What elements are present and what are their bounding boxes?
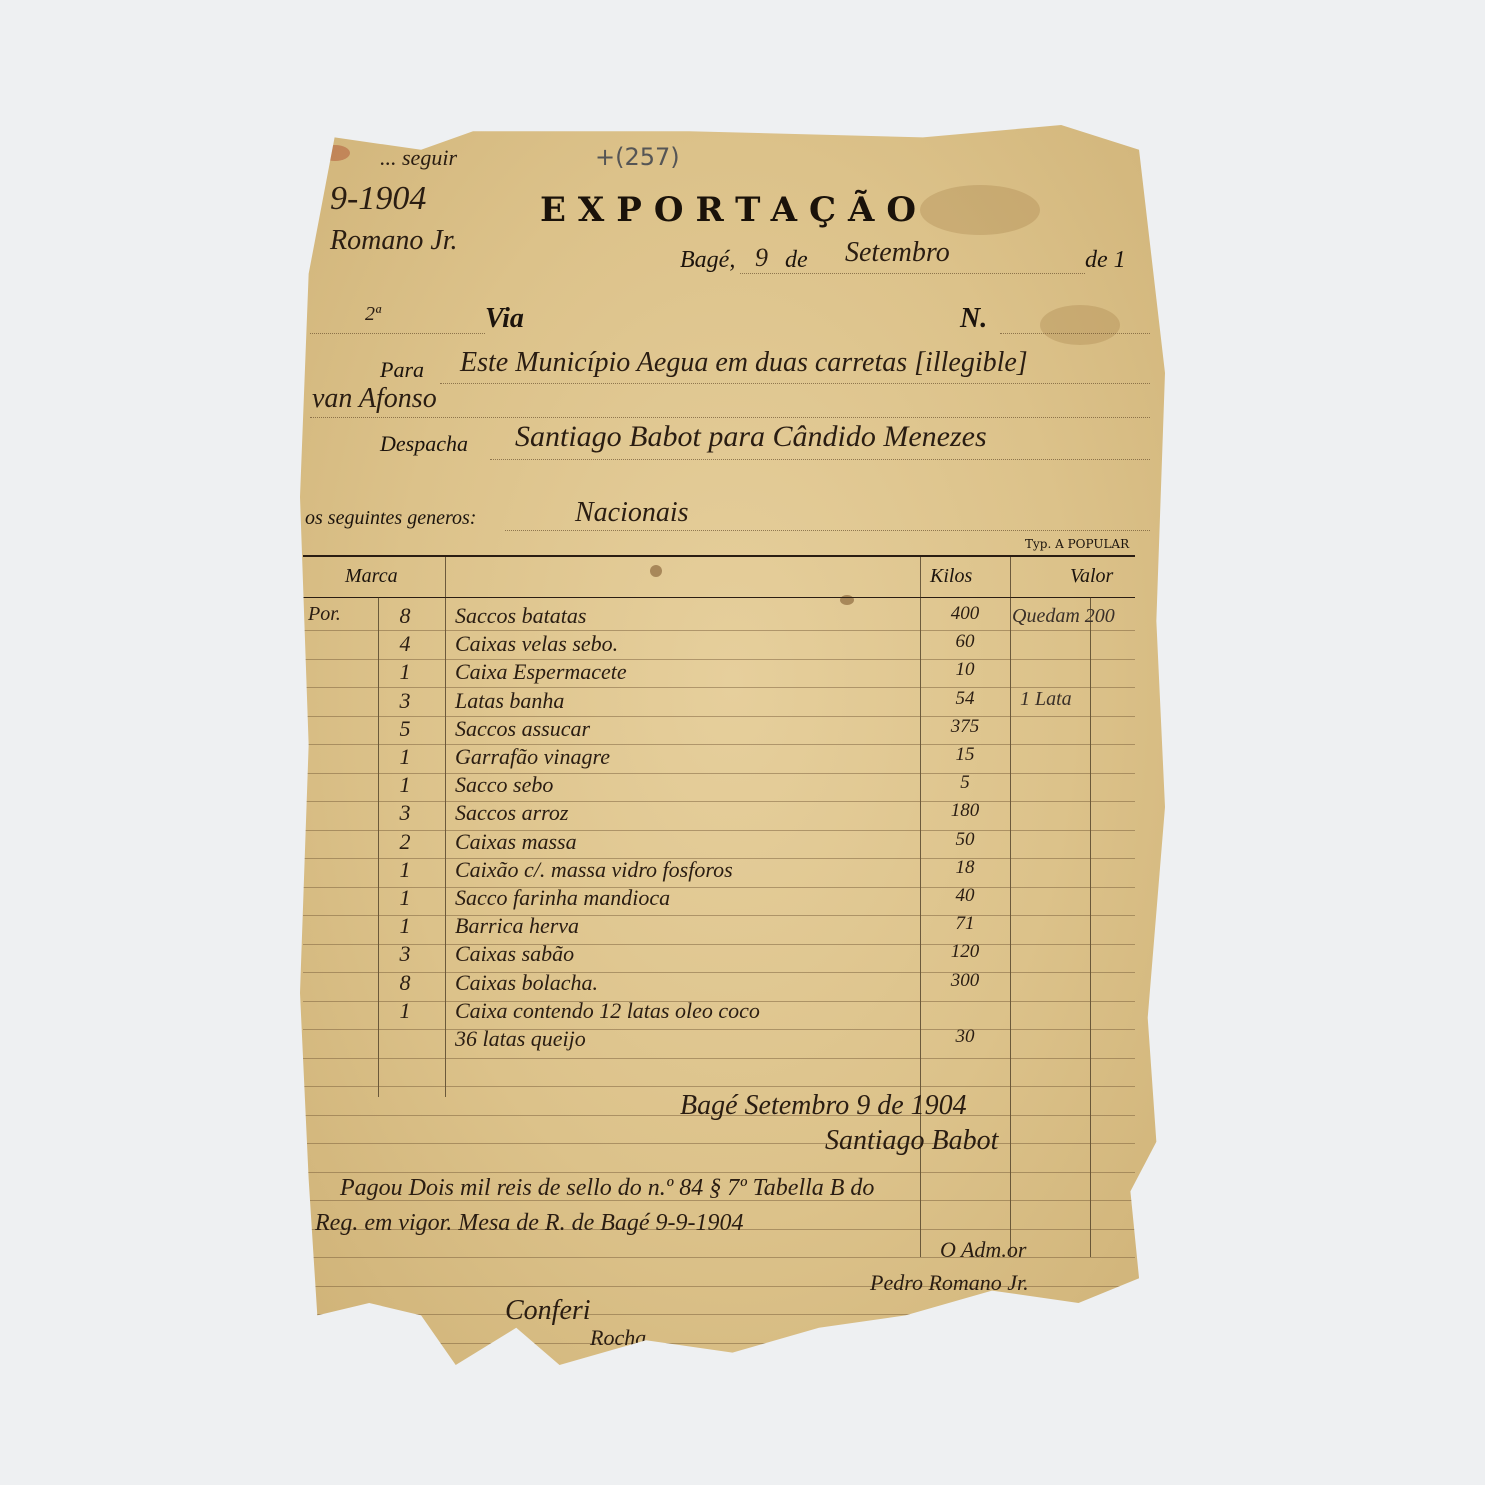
item-quantity: 1	[390, 659, 420, 685]
date-month: Setembro	[845, 237, 950, 269]
generos-line	[505, 530, 1150, 531]
generos-label: os seguintes generos:	[305, 507, 476, 530]
item-quantity: 2	[390, 829, 420, 855]
valor-note-1: Quedam 200	[1012, 605, 1115, 628]
signature-date: Bagé Setembro 9 de 1904	[680, 1090, 967, 1122]
stain	[1040, 305, 1120, 345]
table-row: 1Garrafão vinagre15	[300, 744, 1165, 772]
table-row: 36 latas queijo30	[300, 1026, 1165, 1054]
ruled-line	[303, 1058, 1135, 1059]
stain	[920, 185, 1040, 235]
item-description: Sacco sebo	[455, 772, 553, 798]
item-quantity: 1	[390, 744, 420, 770]
ruled-line	[303, 1172, 1135, 1173]
item-description: Saccos batatas	[455, 603, 586, 629]
item-description: 36 latas queijo	[455, 1026, 586, 1052]
valor-note-2: 1 Lata	[1020, 688, 1072, 711]
margin-note-line1: ... seguir	[380, 145, 457, 171]
header-marca: Marca	[345, 565, 398, 588]
date-day: 9	[755, 243, 768, 273]
document-title: EXPORTAÇÃO	[540, 190, 928, 230]
admin-name: Pedro Romano Jr.	[870, 1270, 1029, 1296]
table-row: 1Sacco sebo5	[300, 772, 1165, 800]
item-kilos: 60	[920, 631, 1010, 653]
payment-note-line2: Reg. em vigor. Mesa de R. de Bagé 9-9-19…	[315, 1210, 744, 1237]
via-number: 2ª	[365, 303, 381, 326]
item-kilos: 15	[920, 744, 1010, 766]
item-description: Caixão c/. massa vidro fosforos	[455, 857, 733, 883]
ruled-line	[303, 1371, 1135, 1372]
item-description: Caixas sabão	[455, 941, 574, 967]
table-row: 2Caixas massa50	[300, 829, 1165, 857]
item-quantity: 8	[390, 970, 420, 996]
item-quantity: 1	[390, 857, 420, 883]
payment-note-line1: Pagou Dois mil reis de sello do n.º 84 §…	[340, 1175, 874, 1202]
item-description: Caixas velas sebo.	[455, 631, 618, 657]
header-kilos: Kilos	[930, 565, 972, 588]
despacha-label: Despacha	[380, 431, 468, 457]
table-row: 3Caixas sabão120	[300, 941, 1165, 969]
signature-name: Santiago Babot	[825, 1125, 998, 1157]
item-kilos: 40	[920, 885, 1010, 907]
item-description: Caixa Espermacete	[455, 659, 627, 685]
via-line	[310, 333, 485, 334]
ruled-line	[303, 1314, 1135, 1315]
item-quantity: 3	[390, 688, 420, 714]
item-quantity: 4	[390, 631, 420, 657]
item-quantity: 5	[390, 716, 420, 742]
item-description: Sacco farinha mandioca	[455, 885, 670, 911]
item-kilos: 18	[920, 857, 1010, 879]
item-description: Garrafão vinagre	[455, 744, 610, 770]
conferido-label: Conferi	[505, 1295, 591, 1327]
item-quantity: 1	[390, 998, 420, 1024]
item-kilos: 375	[920, 716, 1010, 738]
item-kilos: 5	[920, 772, 1010, 794]
number-line	[1000, 333, 1150, 334]
para-line1	[440, 383, 1150, 384]
place-label: Bagé,	[680, 247, 735, 274]
item-kilos: 54	[920, 688, 1010, 710]
para-value-line2: van Afonso	[312, 383, 437, 415]
item-description: Caixas bolacha.	[455, 970, 598, 996]
ruled-line	[303, 1086, 1135, 1087]
margin-note-line3: Romano Jr.	[330, 225, 458, 257]
item-description: Barrica herva	[455, 913, 579, 939]
catalog-number: +(257)	[595, 143, 680, 171]
header-valor: Valor	[1070, 565, 1113, 588]
item-kilos: 50	[920, 829, 1010, 851]
despacha-line	[490, 459, 1150, 460]
item-kilos: 30	[920, 1026, 1010, 1048]
printer-credit: Typ. A POPULAR	[1025, 537, 1129, 551]
item-description: Caixa contendo 12 latas oleo coco	[455, 998, 760, 1024]
item-kilos: 120	[920, 941, 1010, 963]
para-label: Para	[380, 357, 424, 383]
item-description: Saccos assucar	[455, 716, 590, 742]
item-kilos: 300	[920, 970, 1010, 992]
table-row: 1Sacco farinha mandioca40	[300, 885, 1165, 913]
table-row: 1Barrica herva71	[300, 913, 1165, 941]
item-description: Saccos arroz	[455, 800, 568, 826]
generos-value: Nacionais	[575, 497, 689, 529]
document-paper: ... seguir 9-1904 Romano Jr. +(257) EXPO…	[300, 125, 1165, 1365]
item-description: Caixas massa	[455, 829, 577, 855]
year-label: de 1	[1085, 247, 1126, 274]
date-line	[740, 273, 1085, 274]
despacha-value: Santiago Babot para Cândido Menezes	[515, 420, 987, 454]
conferido-name: Rocha	[590, 1325, 646, 1351]
item-kilos: 400	[920, 603, 1010, 625]
admin-label: O Adm.or	[940, 1237, 1026, 1263]
item-quantity: 3	[390, 800, 420, 826]
item-kilos: 10	[920, 659, 1010, 681]
para-line2	[310, 417, 1150, 418]
table-row: 3Saccos arroz180	[300, 800, 1165, 828]
item-quantity: 8	[390, 603, 420, 629]
para-value-line1: Este Município Aegua em duas carretas [i…	[460, 347, 1028, 379]
table-row: 5Saccos assucar375	[300, 716, 1165, 744]
number-label: N.	[960, 303, 987, 335]
table-row: 1Caixão c/. massa vidro fosforos18	[300, 857, 1165, 885]
de-label: de	[785, 247, 808, 274]
table-row: 1Caixa Espermacete10	[300, 659, 1165, 687]
table-row: 1Caixa contendo 12 latas oleo coco	[300, 998, 1165, 1026]
item-quantity: 1	[390, 772, 420, 798]
item-quantity: 1	[390, 885, 420, 911]
ruled-line	[303, 1143, 1135, 1144]
via-label: Via	[485, 303, 524, 335]
item-kilos: 180	[920, 800, 1010, 822]
ruled-line	[303, 1343, 1135, 1344]
stain	[650, 565, 662, 577]
stain	[320, 145, 350, 161]
margin-note-line2: 9-1904	[330, 180, 426, 218]
table-row: 4Caixas velas sebo.60	[300, 631, 1165, 659]
item-kilos: 71	[920, 913, 1010, 935]
item-description: Latas banha	[455, 688, 564, 714]
item-quantity: 1	[390, 913, 420, 939]
table-row: 8Caixas bolacha.300	[300, 970, 1165, 998]
item-quantity: 3	[390, 941, 420, 967]
